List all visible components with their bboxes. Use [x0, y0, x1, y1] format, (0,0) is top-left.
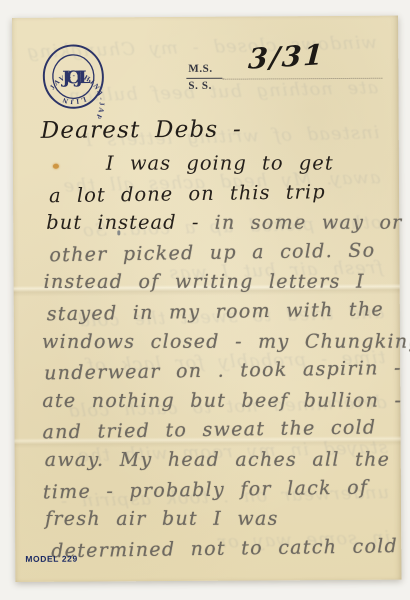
paper-stain — [53, 164, 59, 169]
letter-paper: windows closed - my Chungking ate nothin… — [12, 16, 401, 582]
letter-line: I was going to get — [106, 151, 389, 181]
letter-line: underwear on . took aspirin - — [44, 356, 390, 391]
ms-label: M.S. — [188, 63, 212, 75]
logo-monogram: JCJL — [60, 68, 91, 88]
letter-line: other picked up a cold. So — [49, 238, 389, 273]
letter-line: stayed in my room with the — [47, 297, 390, 332]
scanned-letter-background: windows closed - my Chungking ate nothin… — [0, 0, 410, 600]
letter-line: determined not to catch cold — [51, 534, 391, 569]
logo-ring-text-bottom: LIJN — [60, 95, 87, 106]
letter-line: and tried to sweat the cold — [42, 416, 390, 451]
letter-line: but instead - in some way or — [46, 211, 389, 241]
letter-line: ate nothing but beef bullion - — [42, 388, 390, 418]
letter-line: a lot done on this trip — [49, 179, 389, 214]
letter-line: time - probably for lack of — [43, 475, 391, 510]
ss-label: S. S. — [188, 80, 212, 92]
salutation: Dearest Debs - — [41, 116, 389, 153]
letter-line: windows closed - my Chungking — [42, 329, 390, 359]
java-china-japan-lijn-logo: JAVA-CHINA-JAPAN LIJN JCJL — [32, 34, 115, 118]
stationery-model-label: MODEL 229 — [25, 554, 78, 564]
letter-body: Dearest Debs - I was going to get a lot … — [41, 116, 392, 567]
ink-speck — [117, 230, 120, 235]
letter-line: away. My head aches all the — [45, 448, 391, 478]
letter-line: instead of writing letters I — [44, 270, 390, 300]
letter-line: fresh air but I was — [45, 507, 391, 537]
handwritten-date: 3/31 — [247, 38, 326, 76]
svg-text:LIJN: LIJN — [60, 95, 87, 106]
